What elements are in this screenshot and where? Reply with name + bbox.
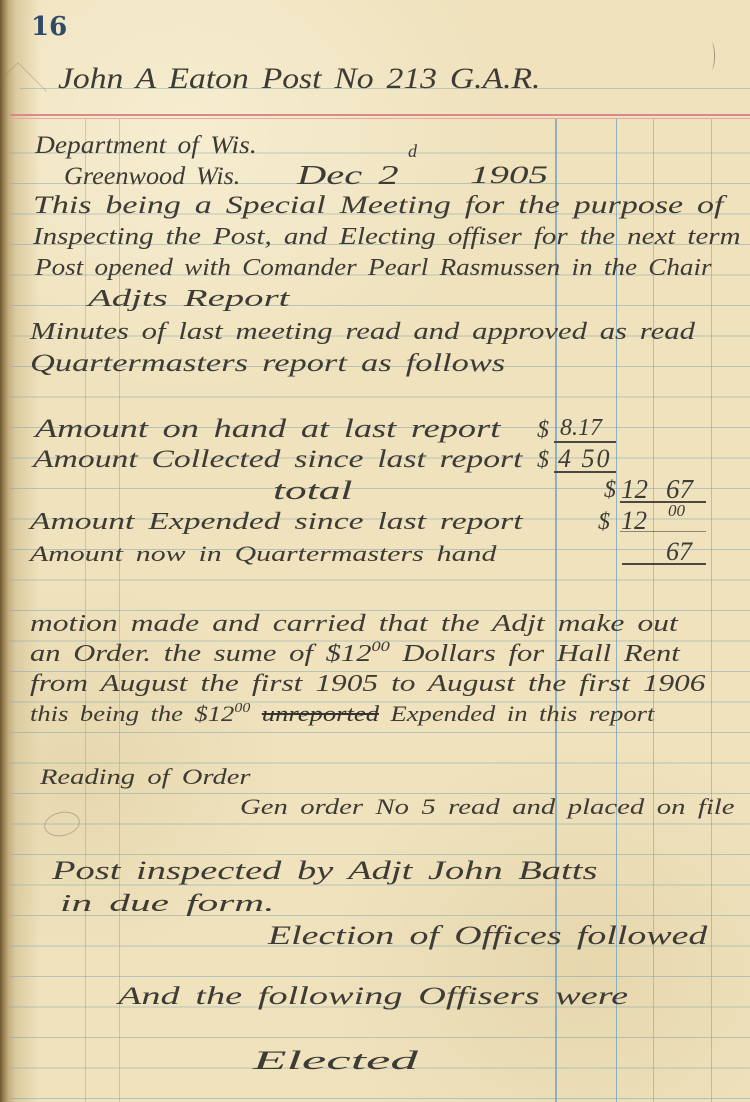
election-line-1: Election of Offices followed (268, 923, 707, 949)
motion-line-3: from August the first 1905 to August the… (30, 672, 705, 696)
department-line: Department of Wis. (35, 133, 257, 158)
struck-out-word: unreported (262, 701, 379, 726)
election-line-2: And the following Offisers were (118, 984, 628, 1009)
inspection-line-2: in due form. (60, 892, 274, 916)
amount-underline (554, 471, 616, 473)
inspection-line-1: Post inspected by Adjt John Batts (52, 858, 597, 884)
motion-line-1: motion made and carried that the Adjt ma… (30, 612, 678, 636)
adjutant-report-heading: Adjts Report (88, 287, 289, 311)
report-row-label: Amount now in Quartermasters hand (30, 543, 496, 565)
motion-amount: $12 (194, 701, 234, 726)
page-title: John A Eaton Post No 213 G.A.R. (58, 64, 540, 94)
report-row-amount: 8.17 (560, 416, 602, 440)
opening-line-1: This being a Special Meeting for the pur… (33, 193, 723, 218)
motion-text: this being the (30, 701, 194, 726)
currency-sign: $ (604, 478, 616, 502)
motion-text: Dollars for Hall Rent (390, 641, 680, 667)
opening-line-2: Inspecting the Post, and Electing offise… (33, 225, 740, 249)
motion-line-4: this being the $1200 unreported Expended… (30, 703, 654, 725)
header-red-rule-secondary (10, 118, 750, 119)
report-row-dollars: 12 (621, 476, 648, 503)
motion-text: Expended in this report (379, 701, 654, 726)
motion-amount-cents: 00 (371, 639, 389, 655)
report-row-label: Amount Collected since last report (33, 447, 523, 472)
motion-line-2: an Order. the sume of $1200 Dollars for … (30, 642, 680, 666)
meeting-date-suffix: d (408, 142, 417, 160)
report-row-label-total: total (273, 478, 352, 504)
header-red-rule (10, 114, 750, 116)
report-row-amount: 4 50 (558, 446, 612, 472)
motion-amount-cents: 00 (234, 700, 250, 715)
report-row-cents: 00 (668, 502, 685, 519)
minutes-line: Minutes of last meeting read and approve… (30, 320, 695, 344)
pencil-tick-mark (708, 42, 715, 70)
place-line: Greenwood Wis. (64, 164, 240, 189)
currency-sign: $ (537, 448, 549, 472)
amount-underline (554, 441, 616, 443)
report-row-label: Amount on hand at last report (35, 416, 500, 442)
motion-text: an Order. the sume of (30, 641, 326, 667)
amount-underline (620, 501, 706, 503)
general-order-line: Gen order No 5 read and placed on file (240, 796, 735, 818)
amount-underline (620, 531, 706, 532)
election-line-3: Elected (253, 1048, 418, 1074)
amount-underline (622, 563, 706, 565)
motion-amount: $12 (326, 641, 372, 667)
currency-sign: $ (537, 418, 549, 442)
opening-line-3: Post opened with Comander Pearl Rasmusse… (35, 256, 712, 280)
currency-sign: $ (598, 510, 610, 534)
quartermaster-intro-line: Quartermasters report as follows (30, 351, 505, 376)
ledger-page: 16 John A Eaton Post No 213 G.A.R. Depar… (0, 0, 750, 1102)
meeting-date: Dec 2 (297, 162, 399, 189)
report-row-label: Amount Expended since last report (30, 510, 523, 534)
report-row-cents: 67 (666, 539, 692, 565)
reading-of-order-heading: Reading of Order (40, 766, 251, 788)
page-number: 16 (31, 14, 67, 40)
report-row-cents: 67 (666, 476, 693, 503)
meeting-year: 1905 (470, 163, 548, 188)
